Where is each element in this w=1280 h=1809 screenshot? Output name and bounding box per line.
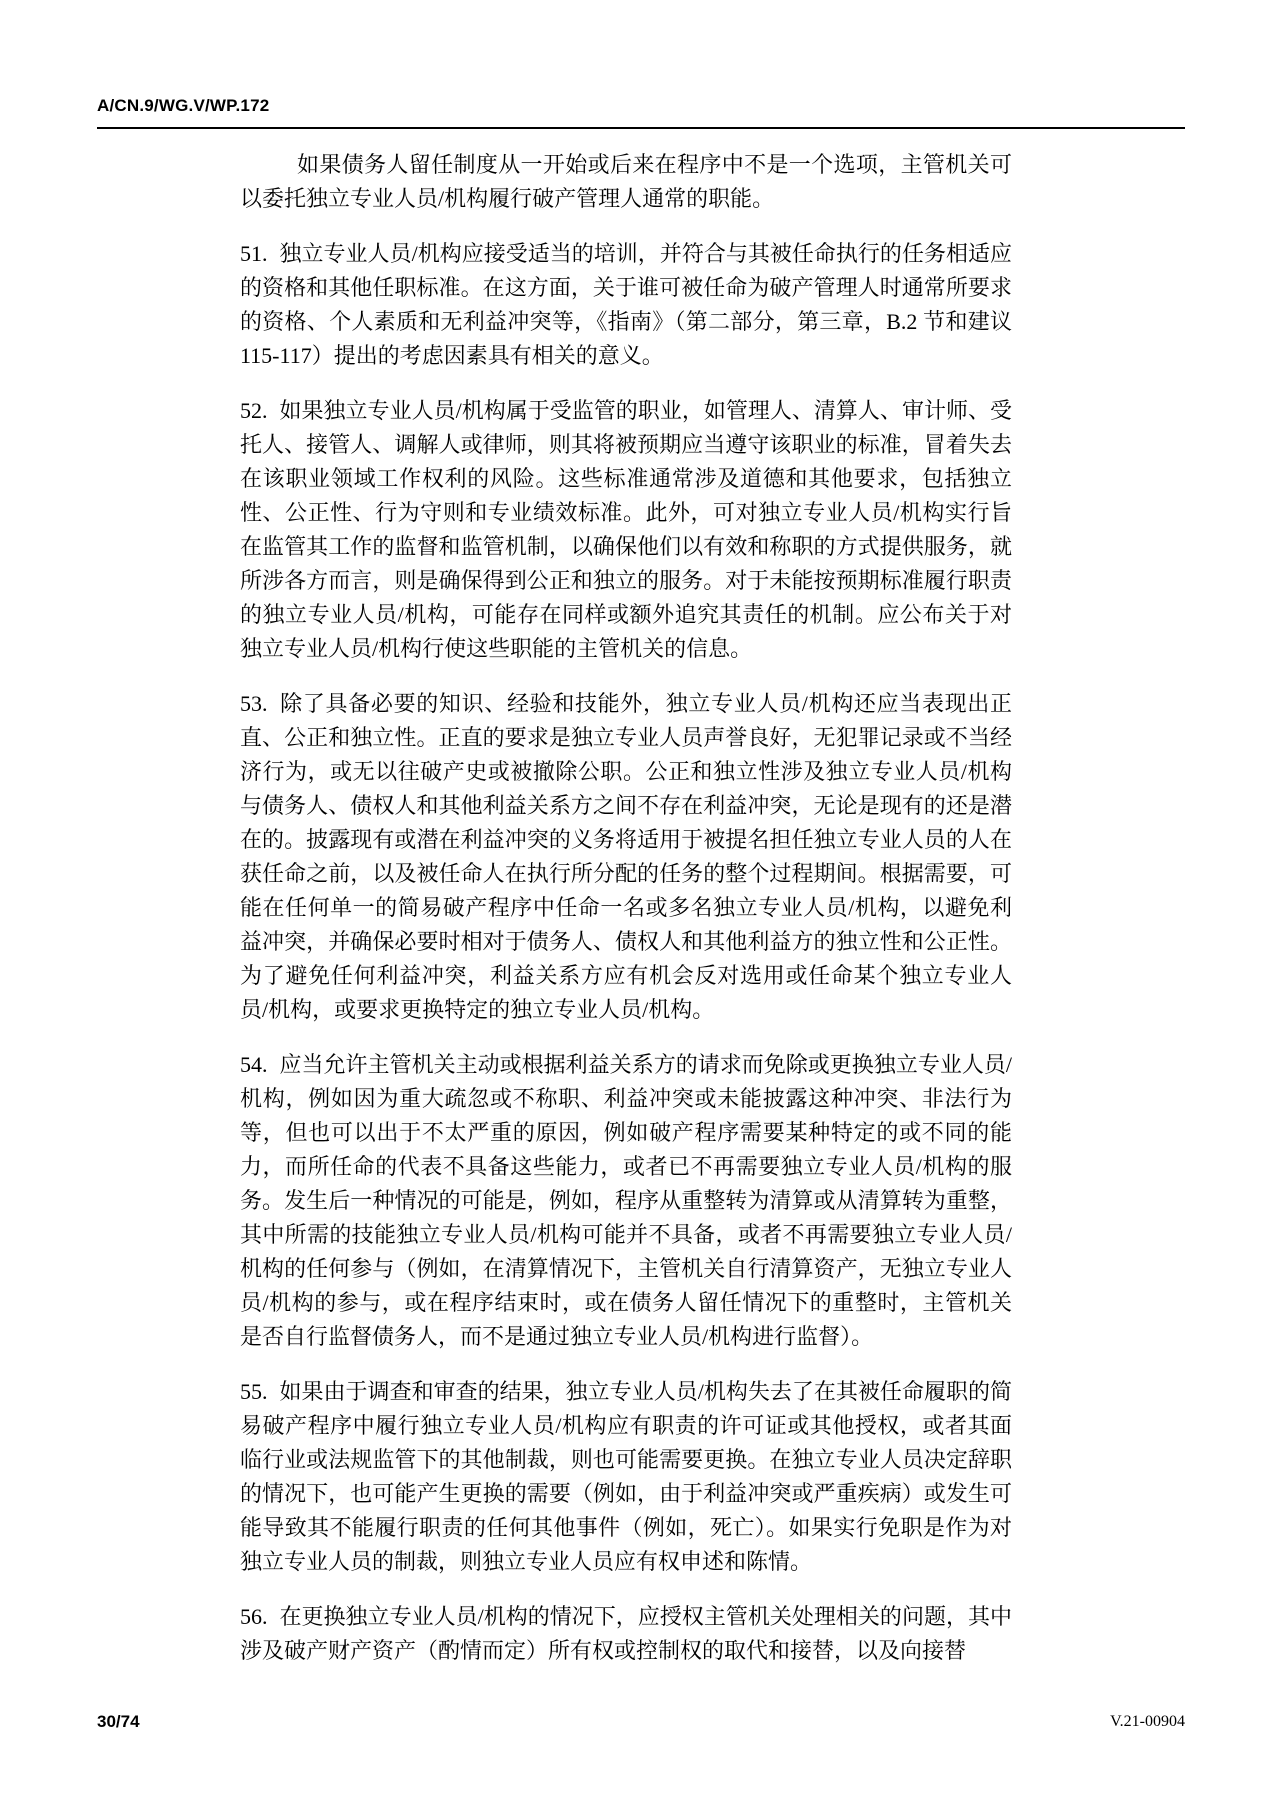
paragraph-54: 54.应当允许主管机关主动或根据利益关系方的请求而免除或更换独立专业人员/机构，… (240, 1048, 1012, 1354)
paragraph-number: 54. (240, 1052, 268, 1077)
header-rule (97, 127, 1185, 129)
paragraph-text: 如果独立专业人员/机构属于受监管的职业，如管理人、清算人、审计师、受托人、接管人… (240, 398, 1012, 661)
paragraph-text: 如果由于调查和审查的结果，独立专业人员/机构失去了在其被任命履职的简易破产程序中… (240, 1379, 1012, 1574)
paragraph-text: 如果债务人留任制度从一开始或后来在程序中不是一个选项，主管机关可以委托独立专业人… (240, 152, 1012, 211)
paragraph-56: 56.在更换独立专业人员/机构的情况下，应授权主管机关处理相关的问题，其中涉及破… (240, 1600, 1012, 1668)
paragraph-53: 53.除了具备必要的知识、经验和技能外，独立专业人员/机构还应当表现出正直、公正… (240, 687, 1012, 1027)
footer-page-number: 30/74 (97, 1712, 140, 1732)
paragraph-number: 56. (240, 1604, 268, 1629)
footer-document-id: V.21-00904 (1110, 1713, 1185, 1731)
paragraph-51: 51.独立专业人员/机构应接受适当的培训，并符合与其被任命执行的任务相适应的资格… (240, 237, 1012, 373)
paragraph-number: 52. (240, 398, 268, 423)
paragraph-text: 独立专业人员/机构应接受适当的培训，并符合与其被任命执行的任务相适应的资格和其他… (240, 241, 1012, 368)
paragraph-number: 55. (240, 1379, 268, 1404)
paragraph-55: 55.如果由于调查和审查的结果，独立专业人员/机构失去了在其被任命履职的简易破产… (240, 1375, 1012, 1579)
paragraph-number: 53. (240, 691, 268, 716)
paragraph-52: 52.如果独立专业人员/机构属于受监管的职业，如管理人、清算人、审计师、受托人、… (240, 394, 1012, 666)
body-text-column: 如果债务人留任制度从一开始或后来在程序中不是一个选项，主管机关可以委托独立专业人… (240, 148, 1012, 1668)
document-symbol: A/CN.9/WG.V/WP.172 (97, 96, 269, 116)
paragraph-text: 应当允许主管机关主动或根据利益关系方的请求而免除或更换独立专业人员/机构，例如因… (240, 1052, 1012, 1349)
document-page: { "header": { "doc_symbol": "A/CN.9/WG.V… (0, 0, 1280, 1809)
paragraph-text: 在更换独立专业人员/机构的情况下，应授权主管机关处理相关的问题，其中涉及破产财产… (240, 1604, 1012, 1663)
paragraph-continuation: 如果债务人留任制度从一开始或后来在程序中不是一个选项，主管机关可以委托独立专业人… (240, 148, 1012, 216)
paragraph-text: 除了具备必要的知识、经验和技能外，独立专业人员/机构还应当表现出正直、公正和独立… (240, 691, 1012, 1022)
paragraph-number: 51. (240, 241, 268, 266)
